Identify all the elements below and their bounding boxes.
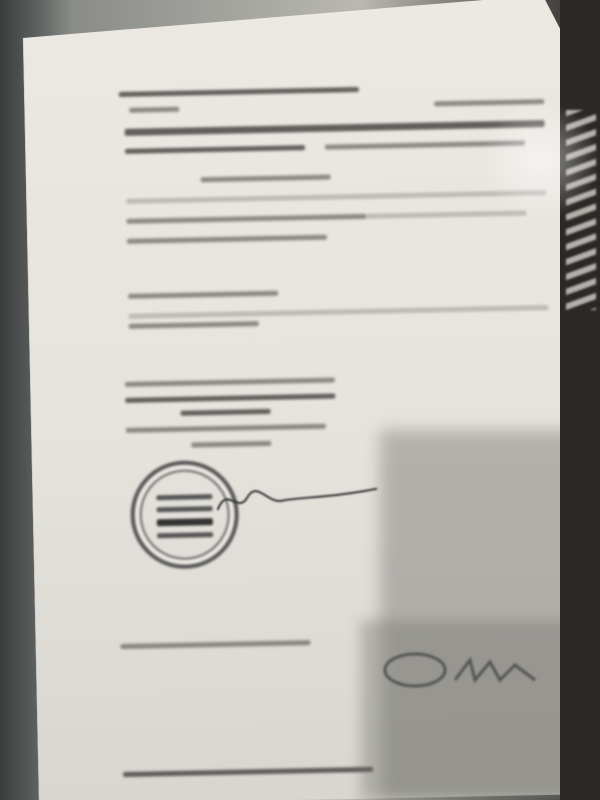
- date-line: [181, 409, 271, 416]
- handwritten-line: [125, 145, 305, 154]
- heading-line: [119, 87, 359, 97]
- certification-line: [126, 424, 326, 433]
- certification-line: [125, 378, 335, 387]
- certification-line: [191, 441, 271, 448]
- signature: [212, 477, 383, 521]
- footer-line: [123, 767, 373, 777]
- text-line: [127, 235, 327, 244]
- subheading-line: [129, 107, 179, 113]
- text-line: [201, 175, 331, 183]
- certification-line: [125, 394, 335, 403]
- second-stamp-signature: [375, 640, 575, 700]
- text-line: [126, 214, 366, 224]
- text-line: [128, 305, 548, 319]
- text-line: [128, 291, 278, 299]
- light-glare: [480, 100, 600, 220]
- text-line: [129, 321, 259, 329]
- footer-line: [120, 640, 310, 649]
- document-photo: [0, 0, 600, 800]
